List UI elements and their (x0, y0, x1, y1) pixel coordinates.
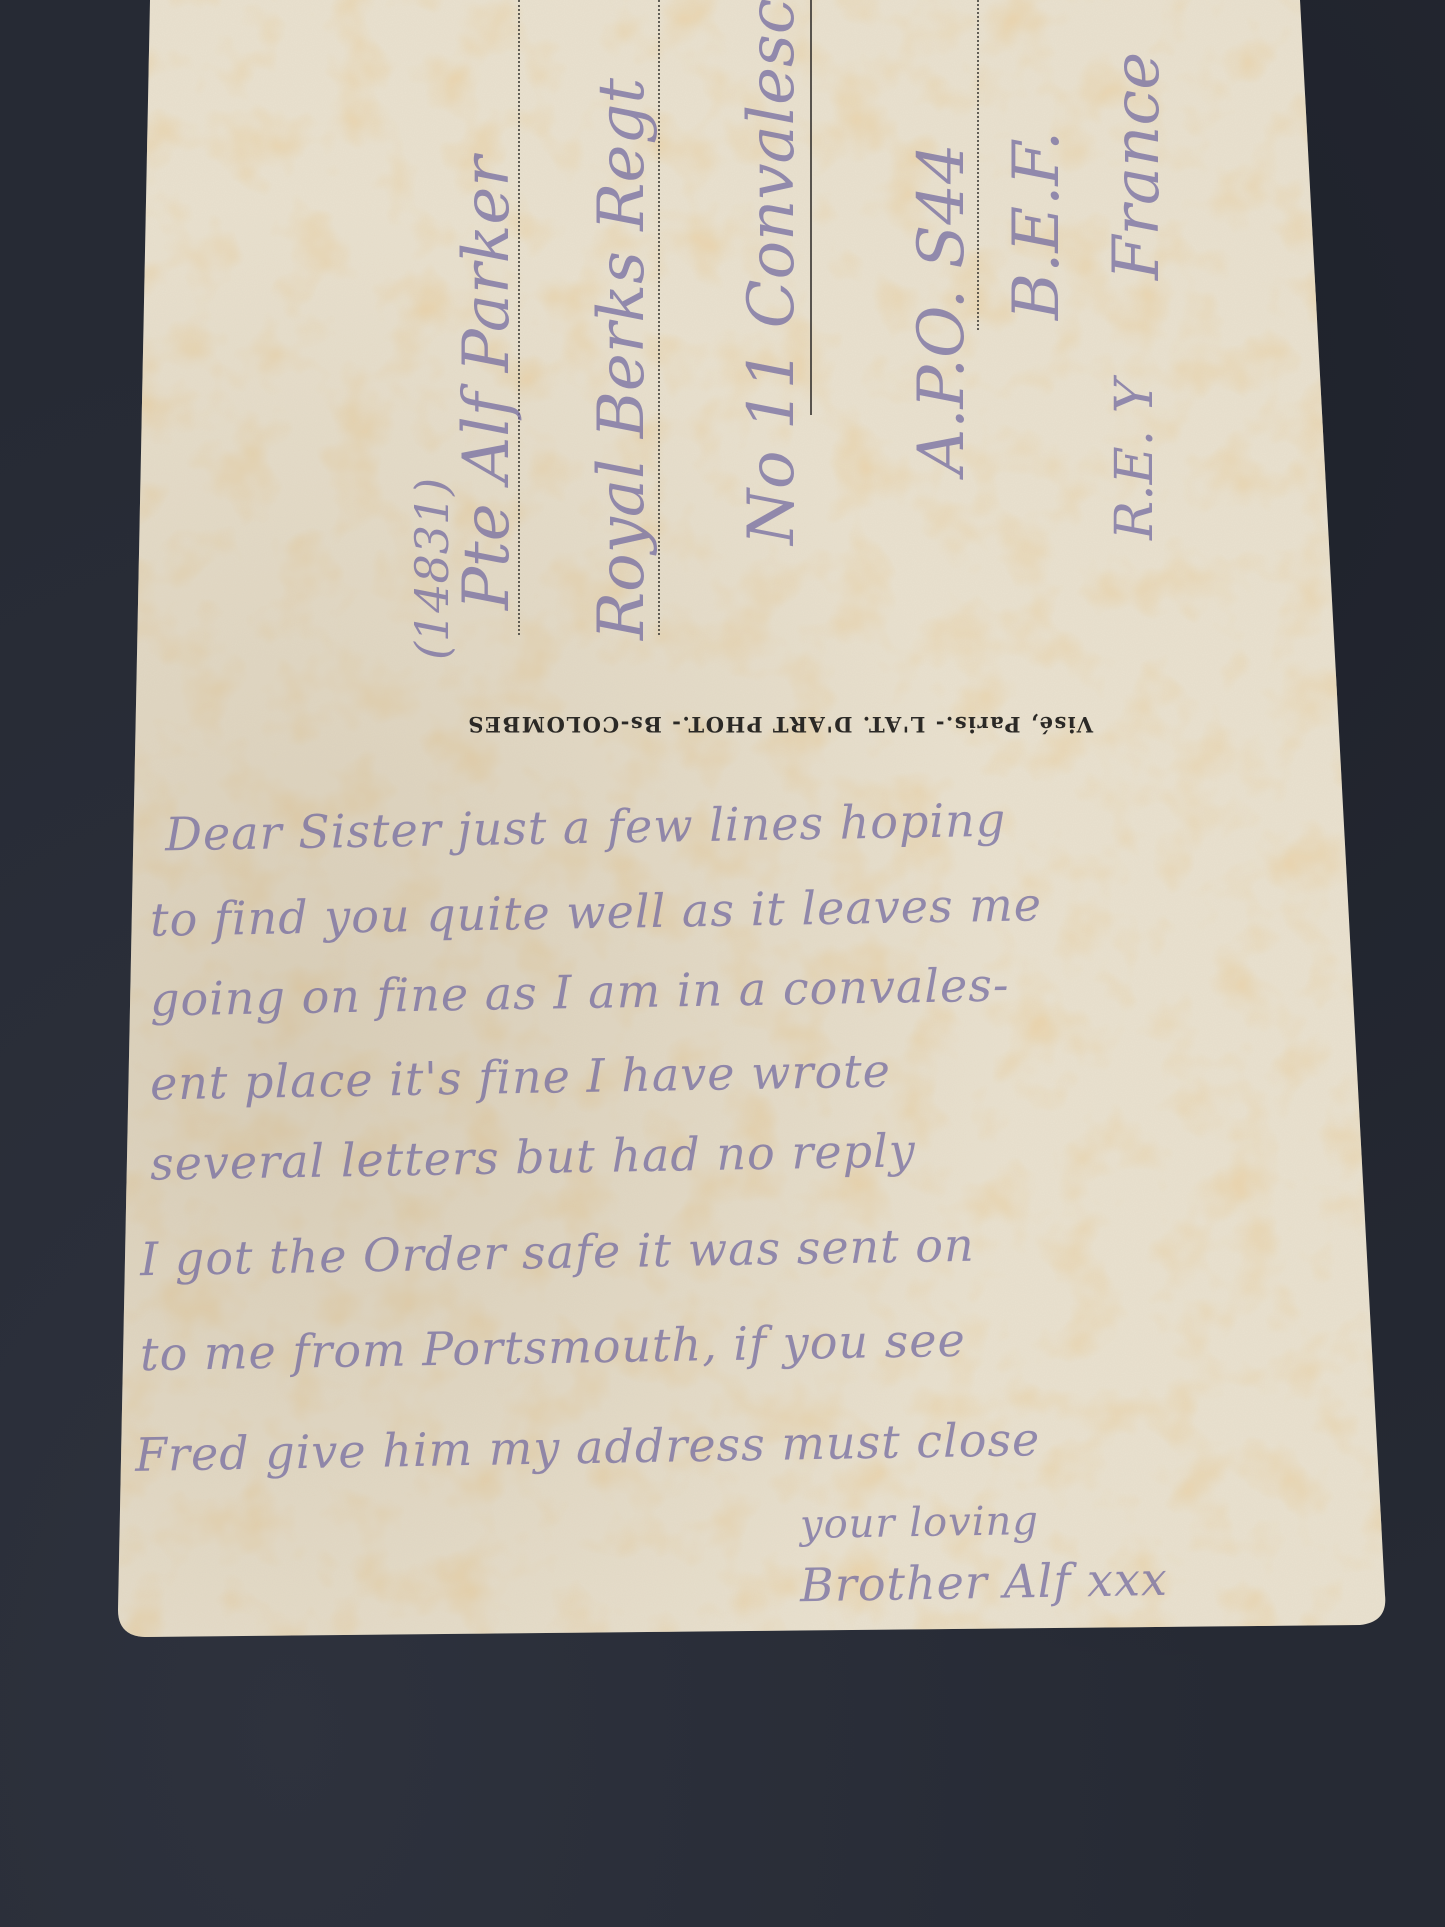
message-line-2: to find you quite well as it leaves me (150, 877, 1043, 947)
message-line-7: to me from Portsmouth, if you see (140, 1313, 967, 1381)
address-line-name: Pte Alf Parker (450, 156, 524, 610)
address-line-regiment: Royal Berks Regt (585, 78, 659, 640)
message-line-5: several letters but had no reply (150, 1123, 917, 1190)
printer-imprint: Visé, Paris.- L'AT. D'ART PHOT.- Bs-COLO… (300, 712, 1260, 737)
message-line-4: ent place it's fine I have wrote (150, 1044, 892, 1111)
message-line-6: I got the Order safe it was sent on (140, 1218, 975, 1287)
message-closing: your loving (800, 1498, 1040, 1548)
postcard-content: (14831) Pte Alf Parker Royal Berks Regt … (0, 0, 1445, 1927)
message-line-1: Dear Sister just a few lines hoping (165, 793, 1007, 862)
address-line-bef: B.E.F. (1000, 131, 1074, 320)
address-line-unit: No 11 Convalescent (735, 0, 809, 545)
address-line-extra: R.E. Y (1105, 379, 1165, 540)
address-divider (810, 0, 812, 415)
address-line-apo: A.P.O. S44 (905, 143, 979, 475)
message-signature: Brother Alf xxx (800, 1552, 1169, 1612)
message-line-3: going on fine as I am in a convales- (150, 958, 1010, 1027)
message-line-8: Fred give him my address must close (135, 1412, 1041, 1482)
address-line-country: France (1100, 52, 1174, 280)
